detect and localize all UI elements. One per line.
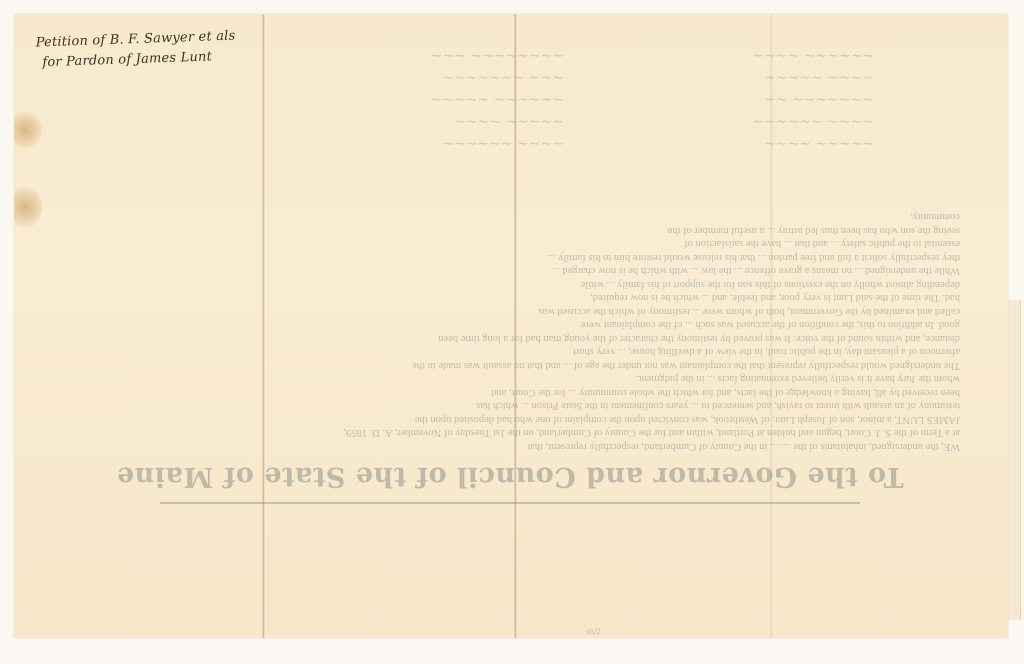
docket-note: Petition of B. F. Sawyer et als for Pard… [35, 27, 236, 74]
show-through-line: The undersigned would respectfully repre… [60, 359, 960, 373]
show-through-rule [160, 502, 860, 504]
show-through-line: WE, the undersigned, inhabitants of the … [60, 440, 960, 454]
show-through-line: community. [60, 210, 960, 224]
show-through-heading: To the Governor and Council of the State… [60, 461, 960, 492]
show-through-line: testimony of an assault with intent to r… [60, 399, 960, 413]
show-through-printed-text: To the Governor and Council of the State… [60, 210, 960, 504]
show-through-signatures-right: ~~~~~ ~~~~~~~~ ~~~~~~~~~~~~~ ~~~~~~ ~~~~… [674, 44, 874, 154]
show-through-line: essential to the public safety ... and t… [60, 237, 960, 251]
show-through-line: had. The time of the said Lunt is very p… [60, 291, 960, 305]
document-page: Petition of B. F. Sawyer et als for Pard… [14, 14, 1008, 638]
show-through-line: been received by all, having a knowledge… [60, 386, 960, 400]
show-through-signatures-left: ~~~~ ~~~~~~~~~~~ ~~~~~~~~~~ ~~~~~~~~ ~~~… [364, 44, 564, 154]
show-through-line: they respectfully solicit a full and fre… [60, 251, 960, 265]
show-through-line: at a Term of the S. J. Court, begun and … [60, 426, 960, 440]
show-through-line: While the undersigned ... no means a gra… [60, 264, 960, 278]
show-through-line: depending almost wholly on the exertions… [60, 278, 960, 292]
show-through-line: whom the Jury have it is verily believed… [60, 372, 960, 386]
show-through-line: JAMES LUNT, a minor, son of Joseph Lunt,… [60, 413, 960, 427]
show-through-line: afternoon of a pleasant day, in the publ… [60, 345, 960, 359]
foxing-stain [14, 110, 42, 150]
archive-stamp-mark: sb/2 [586, 628, 601, 636]
foxing-stain [14, 184, 42, 230]
show-through-line: good. In addition to this, the condition… [60, 318, 960, 332]
show-through-line: called and examined by the Government, b… [60, 305, 960, 319]
show-through-line: seeing the son who has been thus led ast… [60, 224, 960, 238]
show-through-line: distance, and within sound of the voice.… [60, 332, 960, 346]
